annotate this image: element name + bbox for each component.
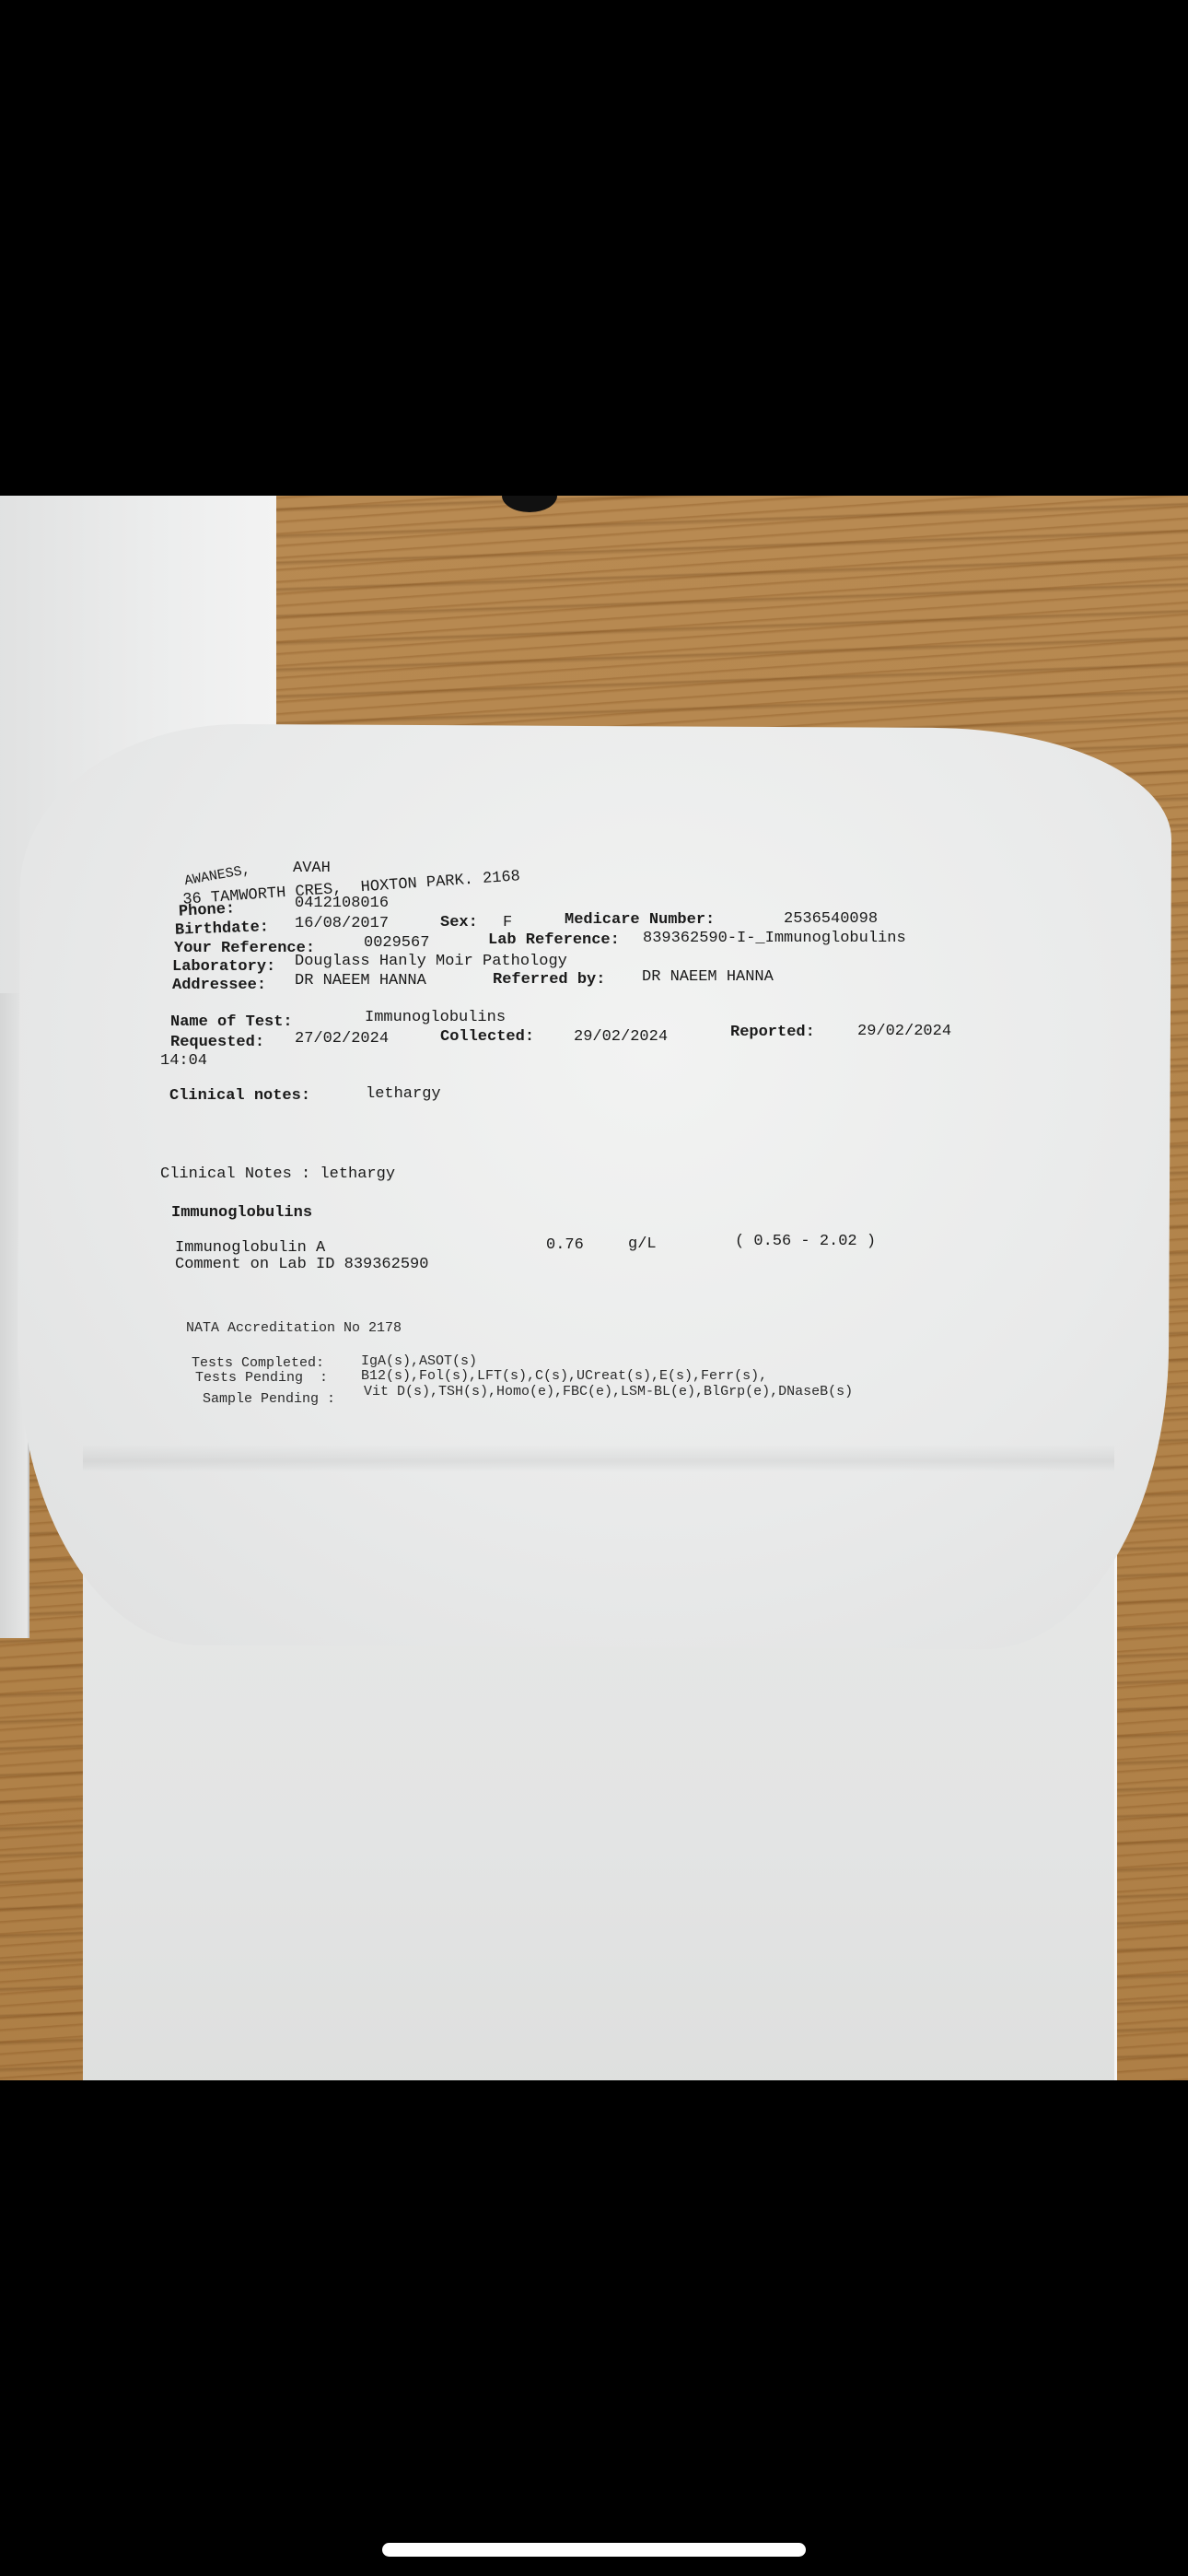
sex-value: F [503, 915, 512, 931]
phone-value: 0412108016 [295, 896, 389, 911]
result-value: 0.76 [546, 1237, 584, 1253]
name-of-test-value: Immunoglobulins [365, 1010, 506, 1025]
photo: AWANESS, AVAH 36 TAMWORTH CRES, HOXTON P… [0, 496, 1188, 2080]
phone-label: Phone: [179, 901, 236, 919]
patient-surname: AWANESS, [183, 863, 251, 888]
medicare-label: Medicare Number: [565, 912, 715, 928]
lab-reference-value: 839362590-I-_Immunoglobulins [643, 931, 906, 946]
laboratory-label: Laboratory: [172, 959, 275, 975]
lab-reference-label: Lab Reference: [488, 932, 620, 948]
requested-value: 27/02/2024 [295, 1031, 389, 1047]
result-name: Immunoglobulin A [175, 1240, 325, 1256]
reported-time: 14:04 [160, 1053, 207, 1069]
result-reference-range: ( 0.56 - 2.02 ) [735, 1234, 876, 1249]
your-reference-value: 0029567 [364, 935, 429, 951]
tests-pending-line-1: B12(s),Fol(s),LFT(s),C(s),UCreat(s),E(s)… [361, 1369, 767, 1383]
addressee-value: DR NAEEM HANNA [295, 973, 426, 989]
result-comment: Comment on Lab ID 839362590 [175, 1257, 428, 1272]
reported-value: 29/02/2024 [857, 1024, 951, 1039]
sex-label: Sex: [440, 915, 478, 931]
clinical-notes-value: lethargy [366, 1086, 441, 1102]
nata-accreditation: NATA Accreditation No 2178 [186, 1321, 402, 1335]
clinical-notes-line: Clinical Notes : lethargy [160, 1166, 395, 1182]
result-unit: g/L [628, 1236, 657, 1252]
laboratory-value: Douglass Hanly Moir Pathology [295, 954, 567, 969]
name-of-test-label: Name of Test: [170, 1014, 293, 1030]
pathology-report: AWANESS, AVAH 36 TAMWORTH CRES, HOXTON P… [0, 496, 1188, 2080]
collected-value: 29/02/2024 [574, 1029, 668, 1045]
home-indicator[interactable] [382, 2543, 806, 2557]
tests-pending-label: Tests Pending : [195, 1371, 328, 1385]
medicare-value: 2536540098 [784, 911, 878, 927]
tests-completed-label: Tests Completed: [192, 1356, 324, 1370]
sample-pending-label: Sample Pending : [203, 1392, 335, 1406]
results-section-title: Immunoglobulins [171, 1205, 312, 1221]
addressee-label: Addressee: [172, 978, 266, 993]
reported-label: Reported: [730, 1025, 815, 1040]
tests-completed-value: IgA(s),ASOT(s) [361, 1354, 477, 1368]
birthdate-label: Birthdate: [175, 919, 270, 939]
patient-given-name: AVAH [293, 861, 331, 876]
birthdate-value: 16/08/2017 [295, 916, 389, 931]
requested-label: Requested: [170, 1035, 264, 1050]
referred-by-value: DR NAEEM HANNA [642, 969, 774, 985]
collected-label: Collected: [440, 1029, 534, 1045]
clinical-notes-label: Clinical notes: [169, 1088, 310, 1104]
referred-by-label: Referred by: [493, 972, 605, 988]
tests-pending-line-2: Vit D(s),TSH(s),Homo(e),FBC(e),LSM-BL(e)… [364, 1385, 853, 1399]
